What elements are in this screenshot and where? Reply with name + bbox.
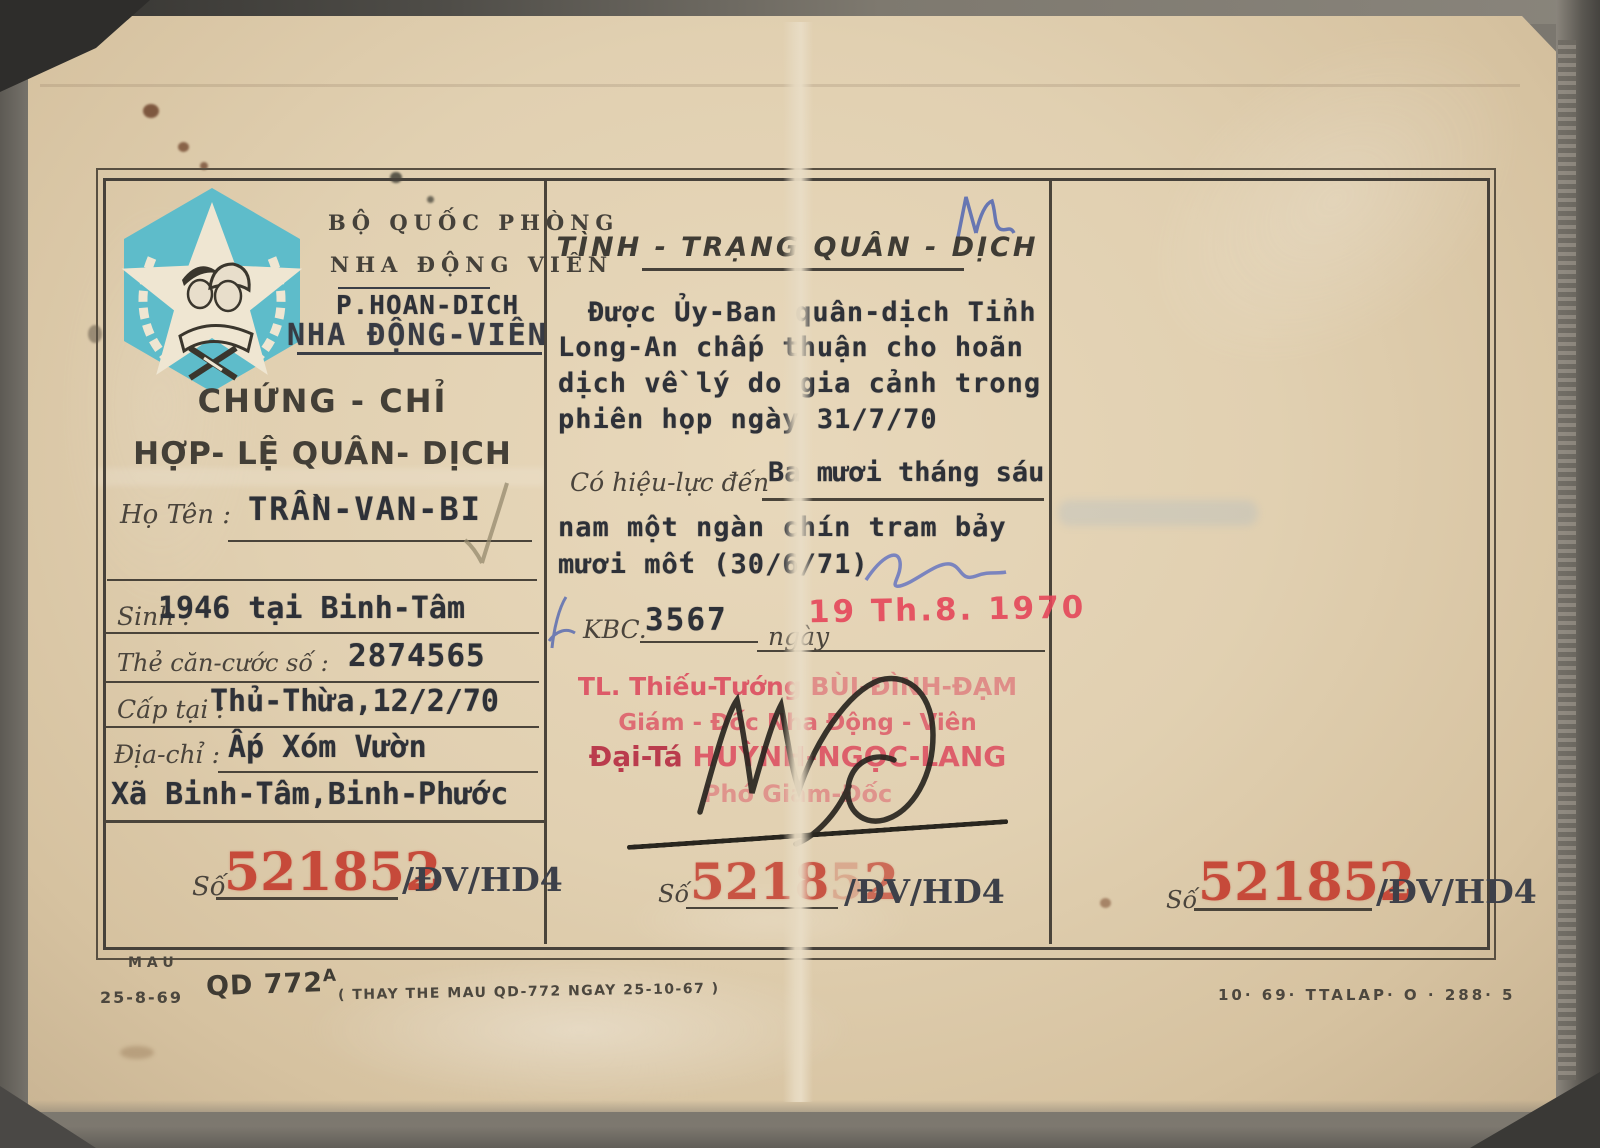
vertical-crease [783, 22, 813, 1102]
agency-stamp-underline [297, 352, 542, 355]
serial-middle-suffix: /ĐV/HD4 [844, 872, 1005, 911]
pen-kbc-mark-icon [540, 590, 585, 655]
serial-right-suffix: /ĐV/HD4 [1376, 872, 1537, 911]
form-number-text: QD 772 [206, 967, 324, 1002]
serial-right-underline [1194, 908, 1372, 911]
form-mau-date: 25-8-69 [100, 988, 183, 1007]
kbc-value: 3567 [645, 602, 728, 638]
birth-value: 1946 tại Binh-Tâm [158, 591, 465, 626]
kbc-underline [640, 641, 758, 643]
certificate-title-line2: HỢP- LỆ QUÂN- DỊCH [100, 436, 545, 472]
horizontal-crease [40, 84, 1520, 87]
form-number-sup: A [323, 966, 338, 986]
id-card-underline [105, 681, 539, 683]
id-card-label: Thẻ căn-cước số : [117, 649, 329, 677]
print-code: 10· 69· TTALAP· O · 288· 5 [1218, 986, 1516, 1004]
id-card-value: 2874565 [348, 638, 486, 674]
serial-middle-label: Số [658, 880, 689, 908]
birth-underline [105, 632, 539, 634]
address-underline-2 [104, 820, 544, 823]
department-typed: P.HOAN-DICH [336, 291, 519, 321]
agency-stamp: NHA ĐỘNG-VIÊN [287, 318, 548, 353]
serial-left-underline [216, 897, 398, 900]
certificate-title-line1: CHỨNG - CHỈ [100, 382, 545, 420]
column-divider-1 [544, 181, 547, 944]
address-underline-1 [218, 771, 538, 773]
serial-middle-underline [686, 907, 838, 909]
plastic-glare [300, 955, 860, 1105]
serial-left-suffix: /ĐV/HD4 [402, 860, 563, 899]
blank-field-underline [107, 579, 537, 581]
validity-label: Có hiệu-lực đến [570, 468, 769, 497]
pen-check-icon [455, 475, 525, 575]
form-number: QD 772A [205, 966, 337, 1003]
name-label: Họ Tên : [120, 500, 231, 530]
stain [178, 142, 189, 152]
status-paragraph-line: phiên họp ngày 31/7/70 [558, 404, 938, 435]
form-mau-label: MAU [128, 955, 179, 971]
column-divider-2 [1049, 181, 1052, 944]
date-stamp: 19 Th.8. 1970 [808, 590, 1087, 631]
seal-rank: Đại-Tá [589, 740, 683, 773]
stain [120, 1046, 154, 1059]
kbc-label: KBC. [583, 615, 647, 644]
name-value: TRẦN-VAN-BI [248, 490, 482, 528]
sleeve-bottom-edge [0, 1100, 1600, 1148]
pen-squiggle-icon [856, 540, 1016, 598]
scanned-certificate-photo: BỘ QUỐC PHÒNG NHA ĐỘNG VIÊN P.HOAN-DICH … [0, 0, 1600, 1148]
mobilization-emblem-icon [112, 188, 312, 393]
department-strike-line [338, 287, 490, 289]
issued-label: Cấp tại : [117, 695, 225, 724]
validity-value-3: mươi mốt (30/6/71) [558, 549, 869, 580]
issued-underline [105, 726, 539, 728]
issued-value: Thủ-Thừa,12/2/70 [210, 684, 499, 719]
address-value-1: Ấp Xóm Vườn [228, 730, 427, 765]
stain [143, 104, 159, 118]
address-label: Địa-chỉ : [114, 740, 220, 769]
blue-ink-smudge [1058, 500, 1258, 526]
address-value-2: Xã Binh-Tâm,Binh-Phước [111, 777, 508, 812]
serial-right-label: Số [1166, 886, 1197, 914]
